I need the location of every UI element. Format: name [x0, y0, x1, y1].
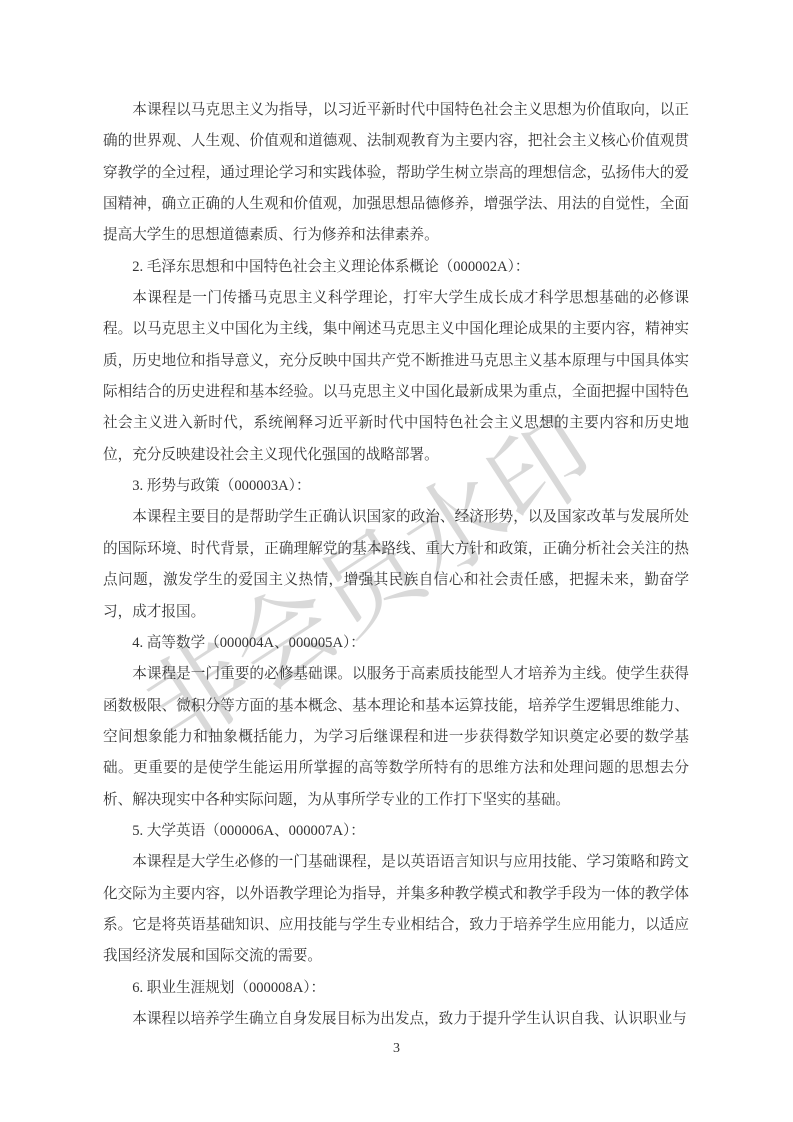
page-content: 本课程以马克思主义为指导，以习近平新时代中国特色社会主义思想为价值取向，以正确的…: [103, 95, 689, 1035]
page-number: 3: [0, 1041, 793, 1057]
course-paragraph: 本课程是一门传播马克思主义科学理论，打牢大学生成长成才科学思想基础的必修课程。以…: [103, 283, 689, 471]
course-heading: 4. 高等数学（000004A、000005A）：: [103, 628, 689, 659]
course-paragraph: 本课程主要目的是帮助学生正确认识国家的政治、经济形势，以及国家改革与发展所处的国…: [103, 502, 689, 627]
course-paragraph: 本课程是大学生必修的一门基础课程，是以英语语言知识与应用技能、学习策略和跨文化交…: [103, 847, 689, 972]
course-heading: 5. 大学英语（000006A、000007A）：: [103, 816, 689, 847]
course-paragraph: 本课程以马克思主义为指导，以习近平新时代中国特色社会主义思想为价值取向，以正确的…: [103, 95, 689, 252]
course-paragraph: 本课程以培养学生确立自身发展目标为出发点，致力于提升学生认识自我、认识职业与: [103, 1004, 689, 1035]
course-heading: 2. 毛泽东思想和中国特色社会主义理论体系概论（000002A）：: [103, 252, 689, 283]
course-paragraph: 本课程是一门重要的必修基础课。以服务于高素质技能型人才培养为主线。使学生获得函数…: [103, 659, 689, 816]
document-page: 非会员水印 本课程以马克思主义为指导，以习近平新时代中国特色社会主义思想为价值取…: [0, 0, 793, 1122]
course-heading: 6. 职业生涯规划（000008A）：: [103, 973, 689, 1004]
course-heading: 3. 形势与政策（000003A）：: [103, 471, 689, 502]
